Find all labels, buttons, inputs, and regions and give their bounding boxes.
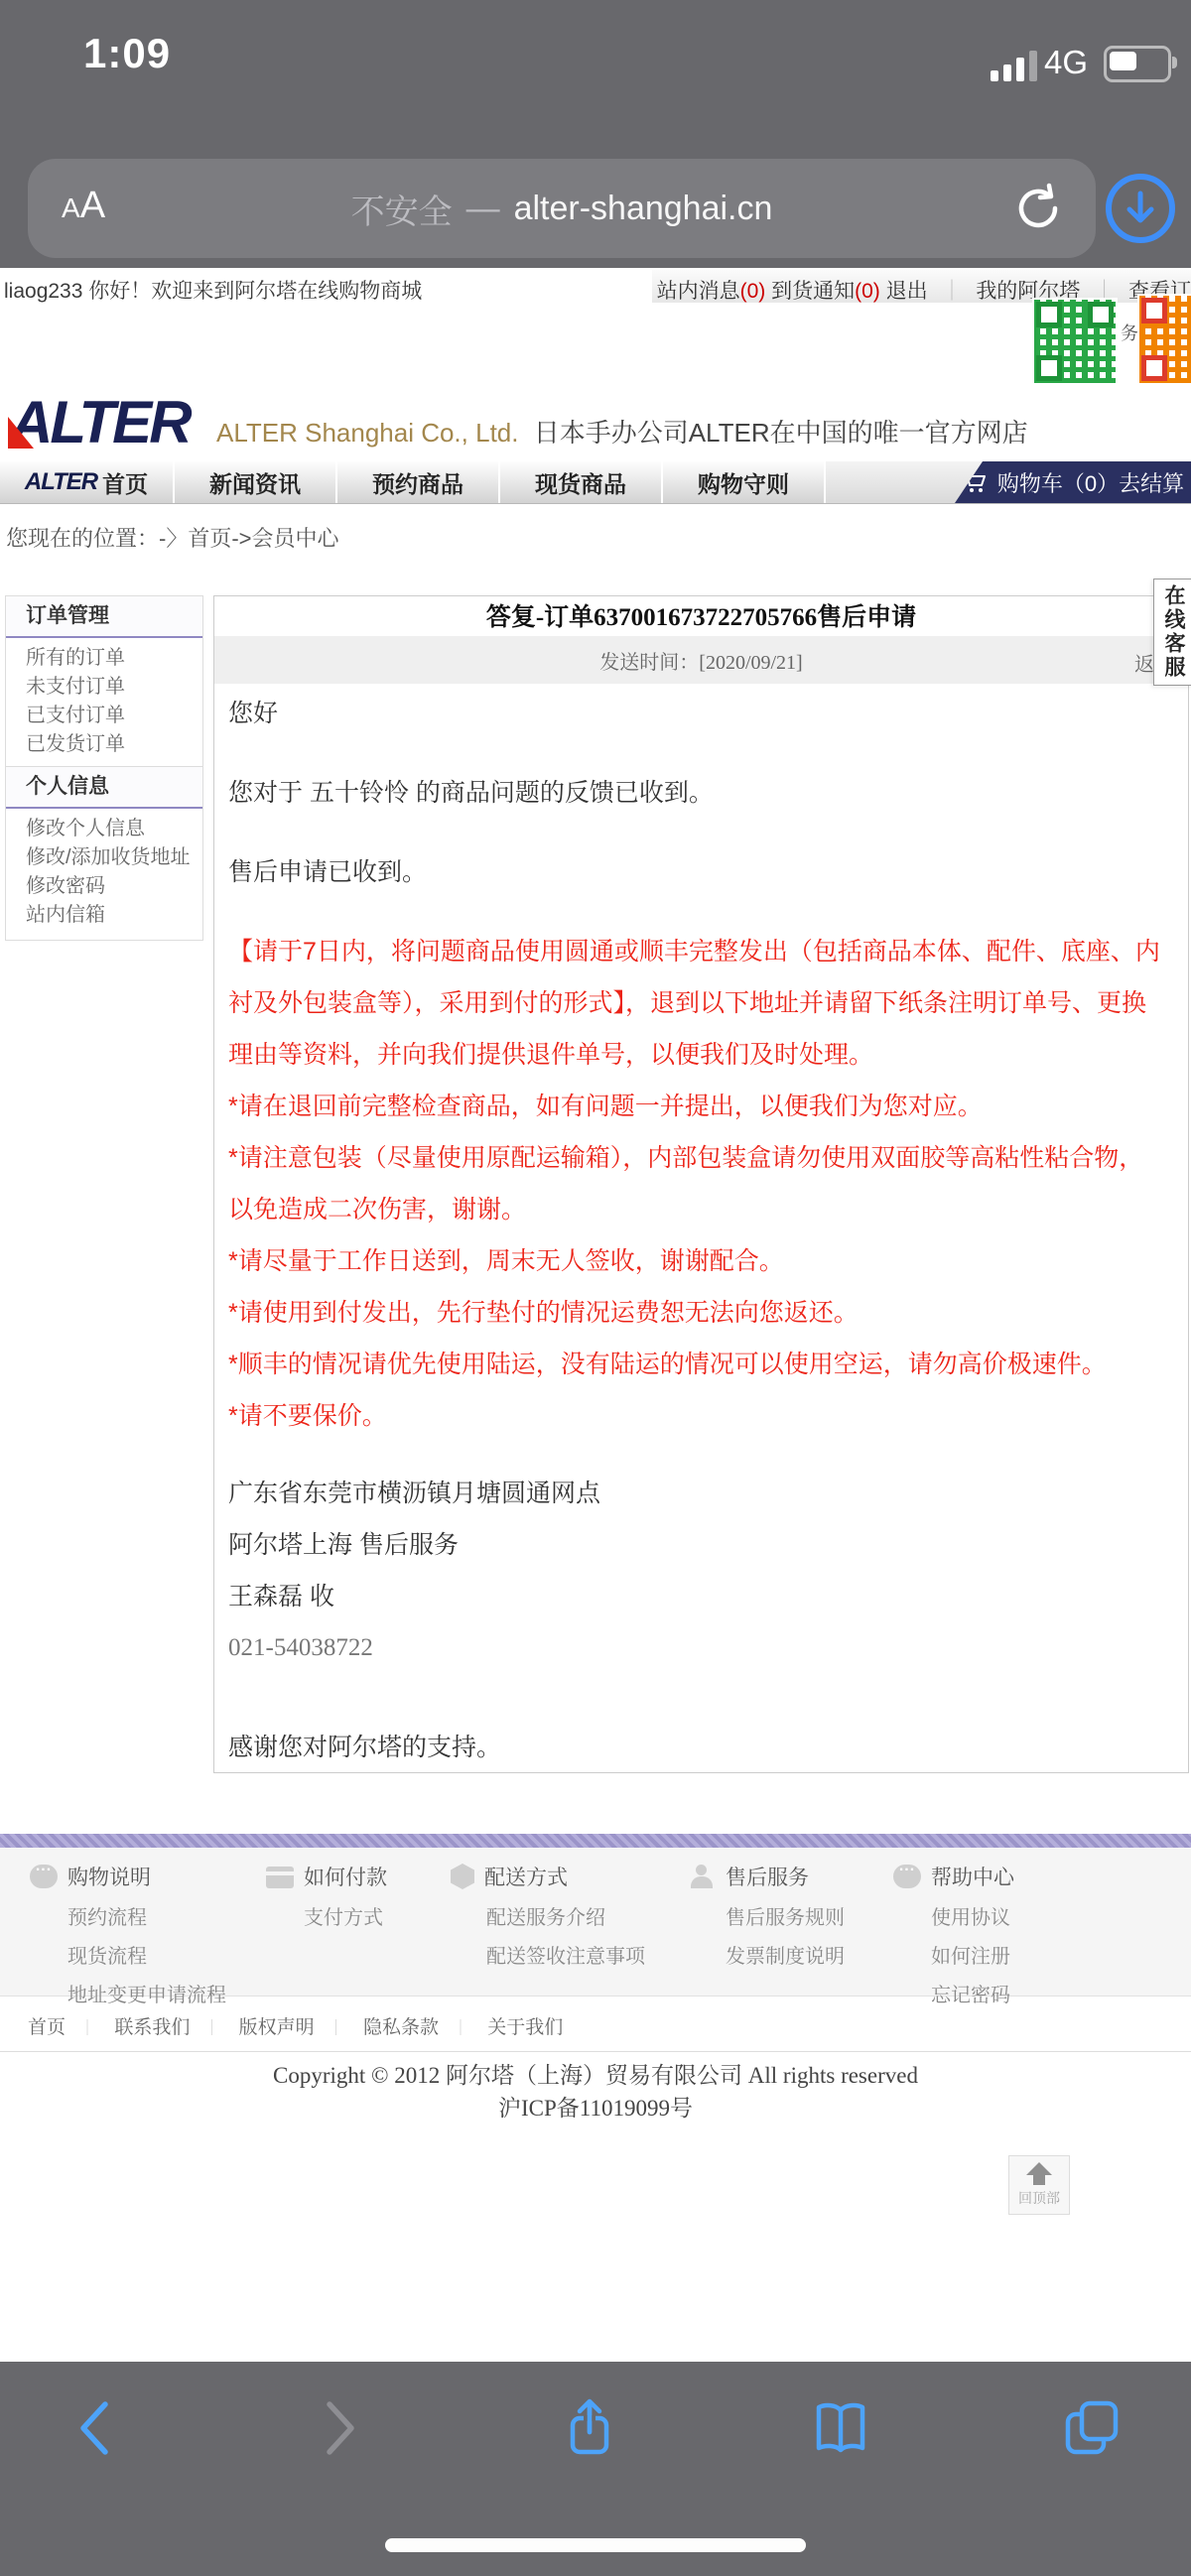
nav-tab-preorder[interactable]: 预约商品 xyxy=(337,461,500,503)
wechat-qr-code xyxy=(1032,298,1118,385)
home-indicator[interactable] xyxy=(385,2538,806,2552)
main-nav: ALTER 首页 新闻资讯 预约商品 现货商品 购物守则 购物车（0）去结算 xyxy=(0,461,1191,504)
message-meta-bar: 发送时间：[2020/09/21] 返回 xyxy=(214,636,1188,684)
status-time: 1:09 xyxy=(83,30,171,77)
footer-accent-bar xyxy=(0,1834,1191,1848)
person-icon xyxy=(688,1865,716,1888)
nav-tab-rules[interactable]: 购物守则 xyxy=(663,461,826,503)
address-bar-text[interactable]: 不安全 — alter-shanghai.cn xyxy=(28,159,1096,258)
copyright: Copyright © 2012 阿尔塔（上海）贸易有限公司 All right… xyxy=(0,2059,1191,2125)
sidebar-item-shipped-orders[interactable]: 已发货订单 xyxy=(6,730,202,759)
company-tagline: 日本手办公司ALTER在中国的唯一官方网店 xyxy=(534,418,1028,448)
address-bar[interactable]: AA 不安全 — alter-shanghai.cn xyxy=(28,159,1096,258)
copyright-line: Copyright © 2012 阿尔塔（上海）贸易有限公司 All right… xyxy=(0,2059,1191,2092)
nav-tab-home[interactable]: ALTER 首页 xyxy=(0,461,175,503)
sidebar-personal-info: 个人信息 修改个人信息 修改/添加收货地址 修改密码 站内信箱 xyxy=(5,766,203,941)
alter-logo[interactable]: ALTER xyxy=(10,393,190,452)
sidebar-section-title: 个人信息 xyxy=(6,767,202,809)
sidebar-order-management: 订单管理 所有的订单 未支付订单 已支付订单 已发货订单 xyxy=(5,595,203,770)
share-button[interactable] xyxy=(560,2396,619,2460)
contact-phone: 021-54038722 xyxy=(228,1622,1164,1674)
footer-privacy-link[interactable]: 隐私条款 xyxy=(363,2017,439,2038)
sidebar-item-change-password[interactable]: 修改密码 xyxy=(6,872,202,901)
battery-icon xyxy=(1104,46,1171,82)
sidebar-item-edit-address[interactable]: 修改/添加收货地址 xyxy=(6,843,202,872)
footer-col-aftersales: 售后服务 售后服务规则 发票制度说明 xyxy=(688,1862,893,1996)
footer-divider xyxy=(0,2051,1191,2052)
footer-link[interactable]: 发票制度说明 xyxy=(726,1940,893,1969)
message-panel: 答复-订单637001673722705766售后申请 发送时间：[2020/0… xyxy=(213,595,1189,1773)
chat-bubble-icon xyxy=(30,1865,58,1888)
site-messages-link[interactable]: 站内消息 xyxy=(657,280,740,303)
footer-link[interactable]: 使用协议 xyxy=(931,1901,1141,1930)
footer-col-shopping: 购物说明 预约流程 现货流程 地址变更申请流程 xyxy=(30,1862,266,1996)
nav-tab-news[interactable]: 新闻资讯 xyxy=(175,461,337,503)
safari-top-chrome: 1:09 4G AA 不安全 — alter-shanghai.cn xyxy=(0,0,1191,268)
sidebar-item-paid-orders[interactable]: 已支付订单 xyxy=(6,702,202,730)
footer-link[interactable]: 配送签收注意事项 xyxy=(486,1940,688,1969)
footer-col-help: 帮助中心 使用协议 如何注册 忘记密码 xyxy=(893,1862,1141,1996)
up-arrow-icon xyxy=(1026,2162,1052,2186)
site-messages-count: (0) xyxy=(740,280,766,303)
url-text: alter-shanghai.cn xyxy=(514,190,773,228)
footer-help: 购物说明 预约流程 现货流程 地址变更申请流程 如何付款 支付方式 配送方式 配… xyxy=(0,1848,1191,1996)
iphone-safari-screenshot: 1:09 4G AA 不安全 — alter-shanghai.cn xyxy=(0,0,1191,2576)
logo-red-triangle xyxy=(8,417,34,449)
sidebar-section-title: 订单管理 xyxy=(6,596,202,638)
return-instructions: 【请于7日内，将问题商品使用圆通或顺丰完整发出（包括商品本体、配件、底座、内衬及… xyxy=(228,926,1164,1442)
webpage-viewport: liaog233 你好！欢迎来到阿尔塔在线购物商城 站内消息(0) 到货通知(0… xyxy=(0,268,1191,2362)
logo-caption: ALTER Shanghai Co., Ltd. 日本手办公司ALTER在中国的… xyxy=(216,413,1028,450)
sent-time: 发送时间：[2020/09/21] xyxy=(599,646,802,675)
footer-bottom-links: 首页｜ 联系我们｜ 版权声明｜ 隐私条款｜ 关于我们 xyxy=(28,2012,563,2039)
body-thanks: 感谢您对阿尔塔的支持。 xyxy=(228,1722,1164,1773)
arrival-notice-count: (0) xyxy=(855,280,880,303)
sidebar-item-site-mailbox[interactable]: 站内信箱 xyxy=(6,901,202,930)
cart-checkout-button[interactable]: 购物车（0）去结算 xyxy=(955,461,1191,503)
body-received: 售后申请已收到。 xyxy=(228,846,1164,898)
safari-bottom-toolbar xyxy=(0,2362,1191,2576)
network-type-label: 4G xyxy=(1044,44,1088,81)
footer-link[interactable]: 现货流程 xyxy=(67,1940,266,1969)
footer-link[interactable]: 如何注册 xyxy=(931,1940,1141,1969)
footer-col-delivery: 配送方式 配送服务介绍 配送签收注意事项 xyxy=(449,1862,688,1996)
footer-link[interactable]: 售后服务规则 xyxy=(726,1901,893,1930)
forward-button[interactable] xyxy=(310,2396,369,2460)
package-box-icon xyxy=(451,1864,474,1889)
footer-copyright-link[interactable]: 版权声明 xyxy=(239,2017,315,2038)
footer-link[interactable]: 支付方式 xyxy=(304,1901,449,1930)
message-body: 您好 您对于 五十铃怜 的商品问题的反馈已收到。 售后申请已收到。 【请于7日内… xyxy=(214,684,1188,1773)
cellular-signal-icon xyxy=(991,48,1052,81)
user-greeting: liaog233 你好！欢迎来到阿尔塔在线购物商城 xyxy=(4,275,422,305)
nav-home-logo: ALTER xyxy=(25,468,97,496)
reload-icon[interactable] xyxy=(1010,181,1066,236)
logout-link[interactable]: 退出 xyxy=(886,280,928,303)
footer-col-payment: 如何付款 支付方式 xyxy=(266,1862,449,1996)
footer-link[interactable]: 地址变更申请流程 xyxy=(67,1979,266,2007)
return-address: 广东省东莞市横沥镇月塘圆通网点 阿尔塔上海 售后服务 王森磊 收 021-540… xyxy=(228,1468,1164,1674)
body-feedback: 您对于 五十铃怜 的商品问题的反馈已收到。 xyxy=(228,767,1164,819)
footer-link[interactable]: 忘记密码 xyxy=(931,1979,1141,2007)
tabs-button[interactable] xyxy=(1062,2396,1122,2460)
bank-card-icon xyxy=(266,1867,294,1888)
download-progress-icon[interactable] xyxy=(1106,174,1175,243)
breadcrumb: 您现在的位置：-〉首页->会员中心 xyxy=(6,522,339,553)
footer-link[interactable]: 配送服务介绍 xyxy=(486,1901,688,1930)
icp-number: 沪ICP备11019099号 xyxy=(0,2092,1191,2125)
back-to-top-button[interactable]: 回顶部 xyxy=(1008,2155,1070,2215)
body-greeting: 您好 xyxy=(228,688,1164,739)
sidebar-item-all-orders[interactable]: 所有的订单 xyxy=(6,644,202,673)
message-title: 答复-订单637001673722705766售后申请 xyxy=(214,596,1188,636)
chat-bubble-icon xyxy=(893,1865,921,1888)
footer-contact-link[interactable]: 联系我们 xyxy=(114,2017,190,2038)
nav-tab-instock[interactable]: 现货商品 xyxy=(500,461,663,503)
online-service-tab[interactable]: 在线客服 xyxy=(1153,579,1191,686)
blank-overlay xyxy=(579,268,652,304)
footer-about-link[interactable]: 关于我们 xyxy=(487,2017,563,2038)
back-button[interactable] xyxy=(66,2396,125,2460)
company-name: ALTER Shanghai Co., Ltd. xyxy=(216,418,518,448)
arrival-notice-link[interactable]: 到货通知 xyxy=(771,280,855,303)
sidebar-item-unpaid-orders[interactable]: 未支付订单 xyxy=(6,673,202,702)
security-label: 不安全 xyxy=(351,185,453,233)
weibo-qr-code xyxy=(1137,294,1191,385)
sidebar-item-edit-profile[interactable]: 修改个人信息 xyxy=(6,815,202,843)
footer-home-link[interactable]: 首页 xyxy=(28,2017,66,2038)
footer-link[interactable]: 预约流程 xyxy=(67,1901,266,1930)
bookmarks-button[interactable] xyxy=(811,2396,870,2460)
